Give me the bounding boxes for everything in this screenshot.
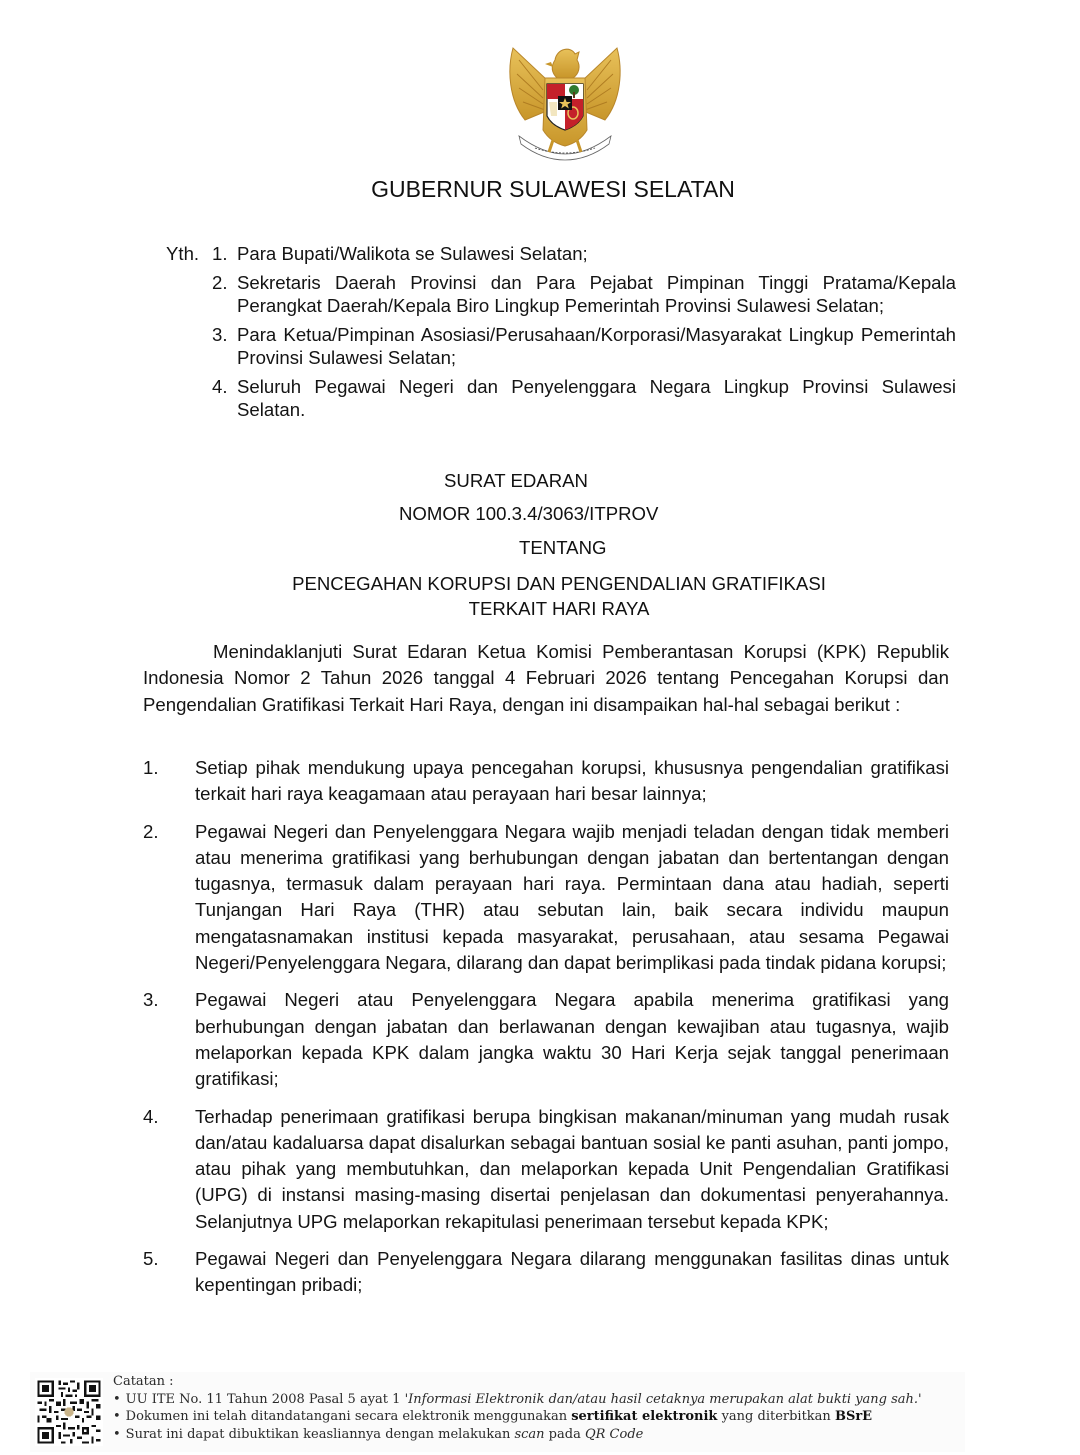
signature-footer: Catatan : UU ITE No. 11 Tahun 2008 Pasal… xyxy=(30,1372,965,1452)
about-label: TENTANG xyxy=(519,537,606,559)
item-text: Terhadap penerimaan gratifikasi berupa b… xyxy=(195,1104,949,1235)
list-item: 2. Pegawai Negeri dan Penyelenggara Nega… xyxy=(143,819,949,977)
subject-line-2: TERKAIT HARI RAYA xyxy=(0,596,1080,621)
intro-paragraph: Menindaklanjuti Surat Edaran Ketua Komis… xyxy=(143,639,949,718)
recipient-text: Para Ketua/Pimpinan Asosiasi/Perusahaan/… xyxy=(237,323,956,369)
issuer-title: GUBERNUR SULAWESI SELATAN xyxy=(0,176,1080,203)
list-item: 1. Setiap pihak mendukung upaya pencegah… xyxy=(143,755,949,808)
document-type: SURAT EDARAN xyxy=(444,470,588,492)
list-item: 4. Terhadap penerimaan gratifikasi berup… xyxy=(143,1104,949,1235)
recipient-number: 4. xyxy=(212,375,237,421)
recipient-number: 1. xyxy=(212,242,237,265)
document-number: NOMOR 100.3.4/3063/ITPROV xyxy=(399,503,658,525)
recipient-number: 3. xyxy=(212,323,237,369)
item-number: 5. xyxy=(143,1246,195,1299)
recipient-item: 2. Sekretaris Daerah Provinsi dan Para P… xyxy=(166,271,956,317)
item-number: 2. xyxy=(143,819,195,977)
recipient-number: 2. xyxy=(212,271,237,317)
recipient-text: Para Bupati/Walikota se Sulawesi Selatan… xyxy=(237,242,956,265)
points-list: 1. Setiap pihak mendukung upaya pencegah… xyxy=(143,755,949,1310)
recipient-item: Yth. 1. Para Bupati/Walikota se Sulawesi… xyxy=(166,242,956,265)
signature-notes: Catatan : UU ITE No. 11 Tahun 2008 Pasal… xyxy=(113,1372,922,1443)
item-text: Setiap pihak mendukung upaya pencegahan … xyxy=(195,755,949,808)
note-qr-verification: Surat ini dapat dibuktikan keasliannya d… xyxy=(113,1426,922,1444)
item-text: Pegawai Negeri dan Penyelenggara Negara … xyxy=(195,1246,949,1299)
list-item: 5. Pegawai Negeri dan Penyelenggara Nega… xyxy=(143,1246,949,1299)
recipient-item: 3. Para Ketua/Pimpinan Asosiasi/Perusaha… xyxy=(166,323,956,369)
item-text: Pegawai Negeri dan Penyelenggara Negara … xyxy=(195,819,949,977)
item-number: 1. xyxy=(143,755,195,808)
recipient-item: 4. Seluruh Pegawai Negeri dan Penyelengg… xyxy=(166,375,956,421)
qr-code-icon[interactable] xyxy=(35,1378,103,1446)
notes-label: Catatan : xyxy=(113,1373,922,1391)
note-electronic-signature: Dokumen ini telah ditandatangani secara … xyxy=(113,1408,922,1426)
list-item: 3. Pegawai Negeri atau Penyelenggara Neg… xyxy=(143,987,949,1092)
garuda-emblem-icon xyxy=(505,40,625,166)
item-text: Pegawai Negeri atau Penyelenggara Negara… xyxy=(195,987,949,1092)
recipients-list: Yth. 1. Para Bupati/Walikota se Sulawesi… xyxy=(166,242,956,427)
subject-line-1: PENCEGAHAN KORUPSI DAN PENGENDALIAN GRAT… xyxy=(0,571,1080,596)
document-subject: PENCEGAHAN KORUPSI DAN PENGENDALIAN GRAT… xyxy=(0,571,1080,621)
item-number: 3. xyxy=(143,987,195,1092)
note-ite-law: UU ITE No. 11 Tahun 2008 Pasal 5 ayat 1 … xyxy=(113,1391,922,1409)
item-number: 4. xyxy=(143,1104,195,1235)
salutation: Yth. xyxy=(166,242,212,265)
recipient-text: Sekretaris Daerah Provinsi dan Para Peja… xyxy=(237,271,956,317)
recipient-text: Seluruh Pegawai Negeri dan Penyelenggara… xyxy=(237,375,956,421)
